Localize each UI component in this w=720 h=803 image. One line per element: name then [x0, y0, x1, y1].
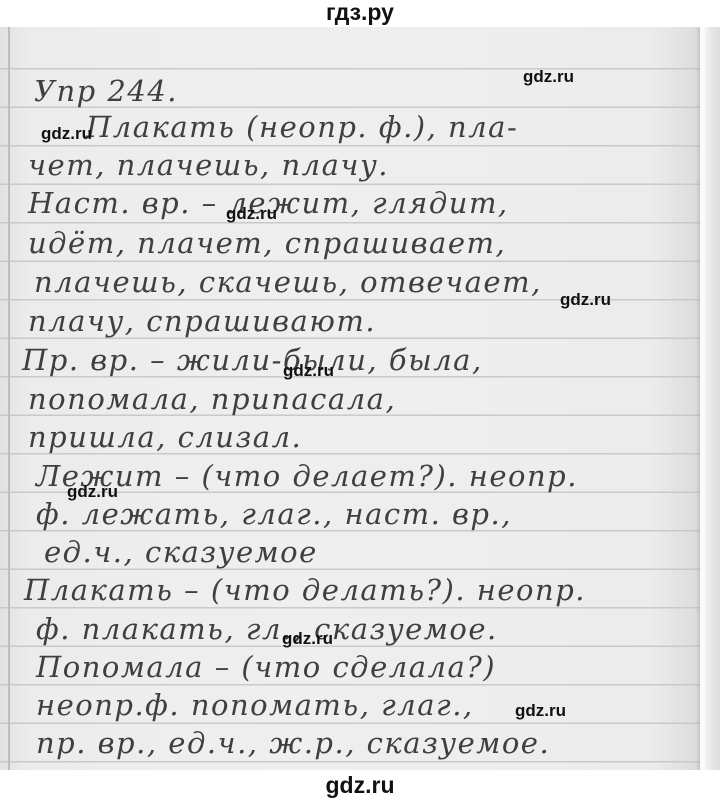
page-edge [700, 27, 705, 770]
notebook-page-photo: Упр 244. Плакать (неопр. ф.), пла- чет, … [0, 27, 720, 770]
handwritten-line: Плакать (неопр. ф.), пла- [86, 109, 518, 145]
handwritten-line: чет, плачешь, плачу. [28, 147, 389, 183]
handwritten-line: пр. вр., ед.ч., ж.р., сказуемое. [36, 725, 550, 761]
watermark: gdz.ru [41, 125, 92, 143]
site-footer-label: gdz.ru [0, 770, 720, 803]
site-header-title: гдз.ру [0, 0, 720, 27]
handwritten-line: Попомала – (что сделала?) [36, 649, 496, 685]
watermark: gdz.ru [560, 291, 611, 309]
handwritten-line: ф. плакать, гл., сказуемое. [36, 611, 498, 647]
handwritten-line: ед.ч., сказуемое [44, 534, 318, 570]
handwritten-line: пришла, слизал. [28, 419, 302, 455]
handwritten-line: плачу, спрашивают. [28, 303, 376, 339]
exercise-heading: Упр 244. [34, 73, 178, 109]
handwritten-line: неопр.ф. попомать, глаг., [36, 687, 474, 723]
watermark: gdz.ru [515, 702, 566, 720]
watermark: gdz.ru [282, 630, 333, 648]
handwritten-line: ф. лежать, глаг., наст. вр., [36, 496, 512, 532]
handwritten-line: Плакать – (что делать?). неопр. [24, 572, 586, 608]
watermark: gdz.ru [523, 68, 574, 86]
margin-line [8, 27, 10, 770]
handwritten-line: Пр. вр. – жили-были, была, [22, 342, 483, 378]
watermark: gdz.ru [226, 205, 277, 223]
handwritten-line: попомала, припасала, [28, 381, 396, 417]
handwritten-line: плачешь, скачешь, отвечает, [34, 264, 542, 300]
handwritten-line: идёт, плачет, спрашивает, [28, 225, 506, 261]
watermark: gdz.ru [283, 362, 334, 380]
watermark: gdz.ru [67, 483, 118, 501]
